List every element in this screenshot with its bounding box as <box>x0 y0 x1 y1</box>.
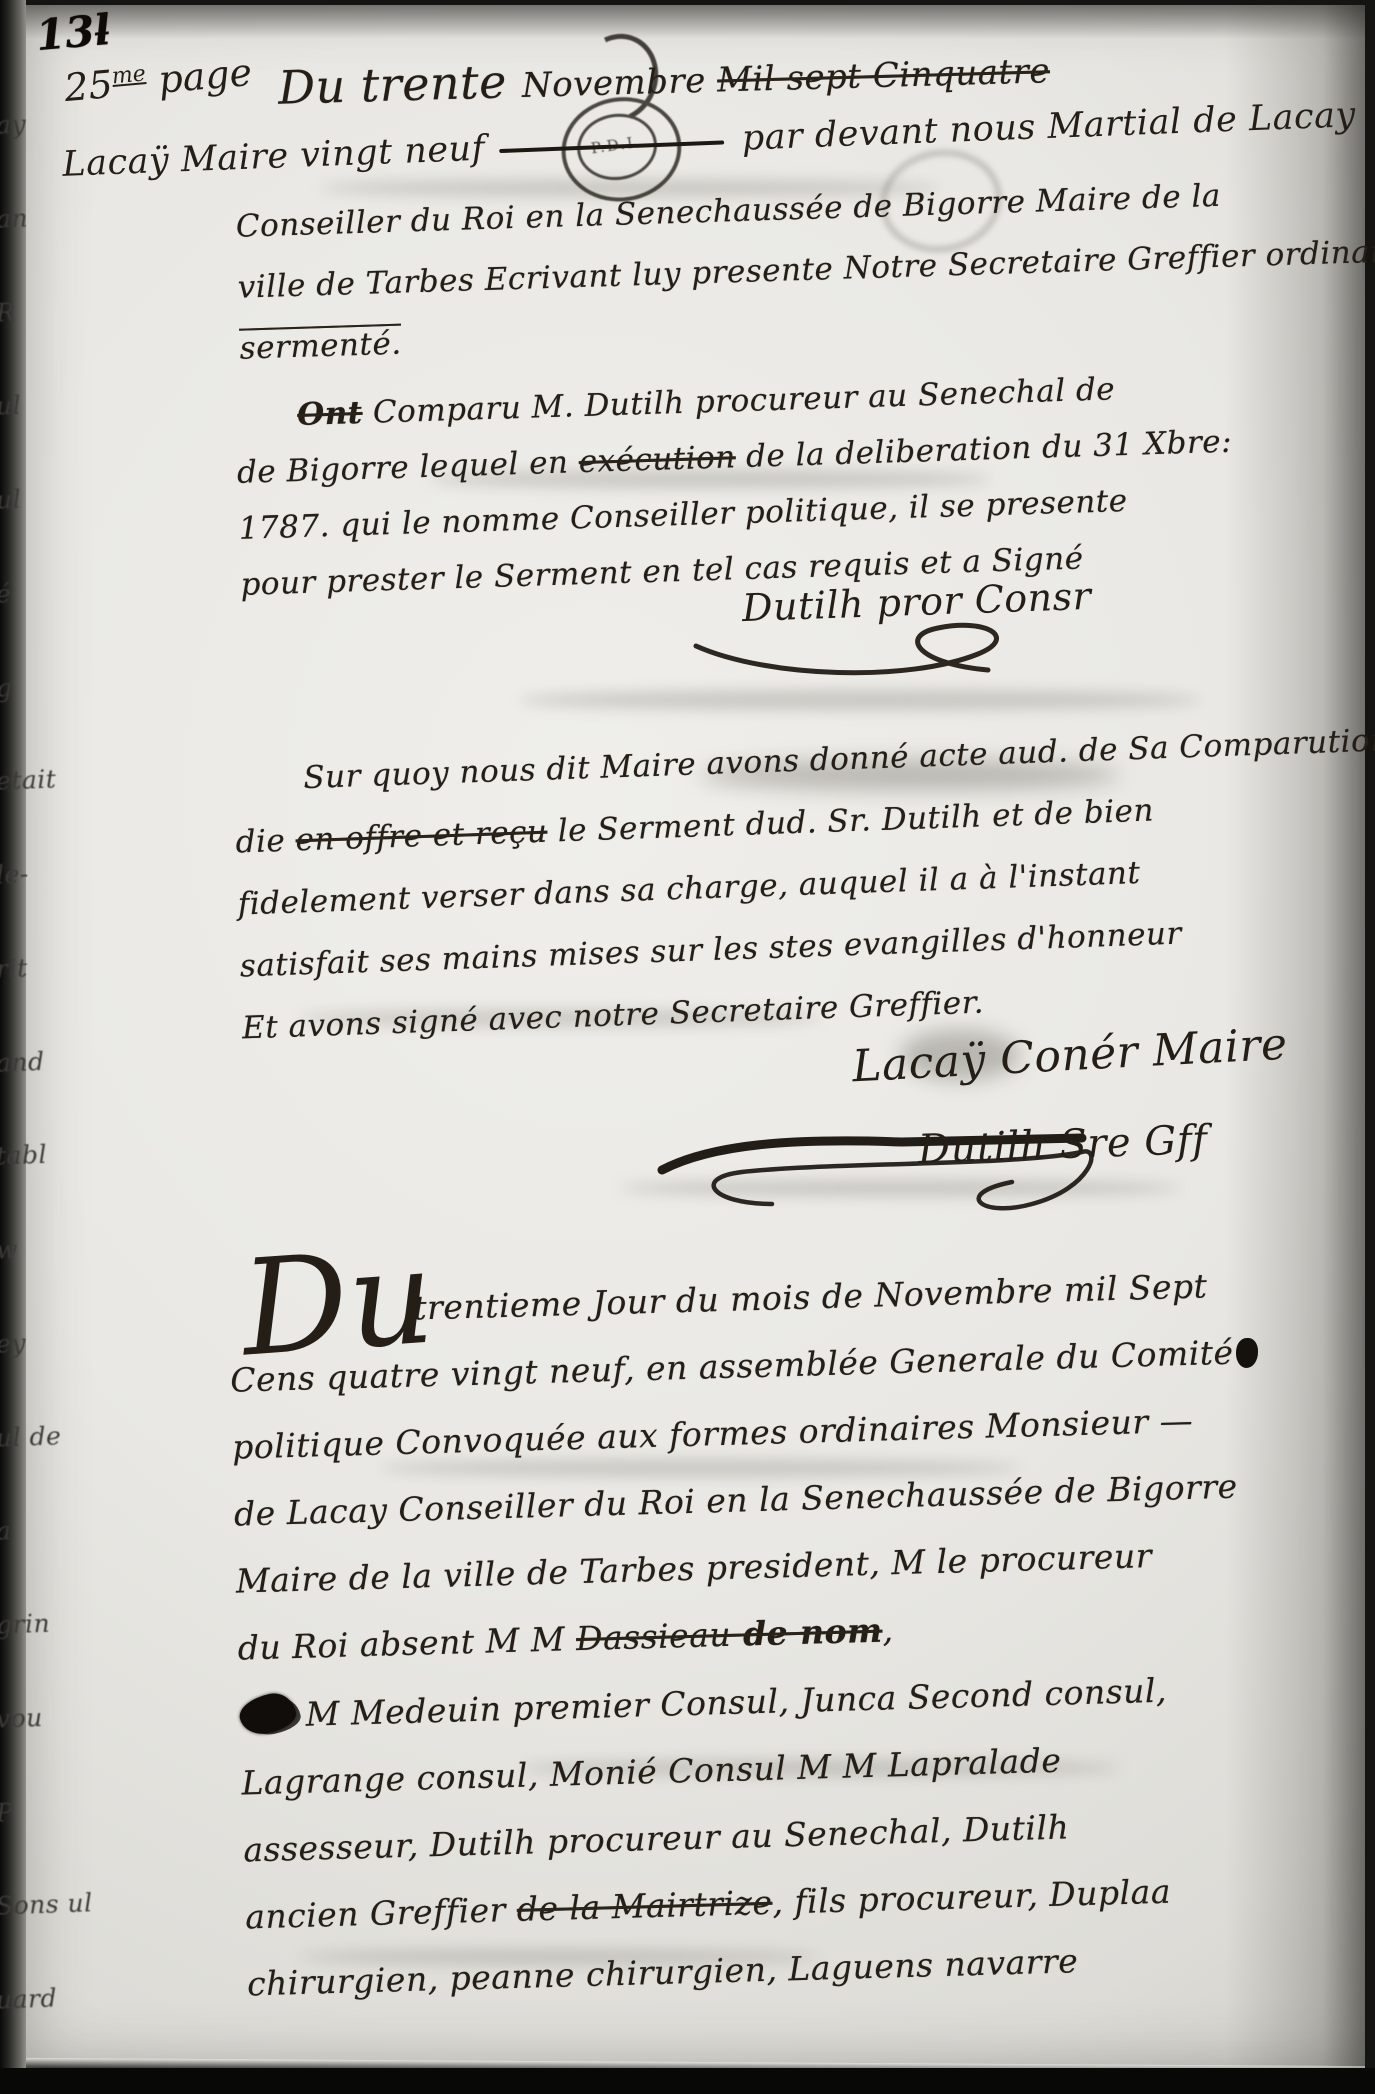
manuscript-text-segment: du Roi absent M M <box>237 1619 576 1667</box>
manuscript-text-segment: chirurgien, peanne chirurgien, Laguens n… <box>247 1941 1079 2003</box>
signature-flourish <box>688 612 1028 702</box>
page-label-ordinal: me <box>111 61 147 89</box>
manuscript-text-segment: satisfait ses mains mises sur les stes e… <box>239 916 1182 985</box>
binding-fragment: ey <box>0 1328 30 1358</box>
entry1-serment-paragraph: Sur quoy nous dit Maire avons donné acte… <box>233 734 1073 1073</box>
binding-fragment: vou <box>0 1703 30 1733</box>
manuscript-scan: ayanRululégetaitle-ritandtablweyul deagr… <box>0 0 1375 2094</box>
manuscript-text-segment: Ont <box>297 395 363 433</box>
binding-fragment: rit <box>0 953 30 983</box>
manuscript-text-segment: M Medeuin premier Consul, Junca Second c… <box>305 1671 1167 1734</box>
manuscript-text-segment: , <box>882 1610 894 1649</box>
manuscript-line: M Medeuin premier Consul, Junca Second c… <box>239 1672 1070 1735</box>
scan-bottom-edge <box>0 2068 1375 2094</box>
binding-fragment: ul de <box>0 1422 30 1452</box>
manuscript-line: assesseur, Dutilh procureur au Senechal,… <box>243 1807 1074 1869</box>
folio-number: 13ƚ <box>34 5 112 60</box>
manuscript-line: Lagrange consul, Monié Consul M M Lapral… <box>241 1740 1072 1802</box>
binding-fragment: é <box>0 578 30 608</box>
ink-blot <box>236 1690 298 1738</box>
manuscript-line: Maire de la ville de Tarbes president, M… <box>235 1538 1066 1600</box>
page-label-number: 25 <box>62 62 114 110</box>
manuscript-text-segment: Novembre <box>521 61 717 106</box>
binding-fragment: and <box>0 1047 30 1077</box>
manuscript-text-segment: Mil sept Cinquatre <box>717 51 1051 100</box>
manuscript-text-segment: assesseur, Dutilh procureur au Senechal,… <box>243 1807 1070 1869</box>
binding-fragment: an <box>0 203 30 233</box>
manuscript-text-segment: Et avons signé avec notre Secretaire Gre… <box>241 985 984 1047</box>
manuscript-text-segment: sermenté. <box>239 326 402 367</box>
binding-fragments: ayanRululégetaitle-ritandtablweyul deagr… <box>0 110 30 2014</box>
manuscript-text-segment: Dassieau <box>576 1615 732 1658</box>
manuscript-text-segment: 1787. qui le nomme Conseiller politique,… <box>238 483 1128 547</box>
manuscript-line: de Bigorre lequel en exécution de la del… <box>236 429 1057 491</box>
manuscript-text-segment: Maire de la ville de Tarbes president, M… <box>235 1536 1152 1601</box>
manuscript-line: chirurgien, peanne chirurgien, Laguens n… <box>247 1941 1078 2003</box>
manuscript-text-segment: le Serment dud. Sr. Dutilh et de bien <box>547 792 1155 849</box>
binding-fragment: Sons ul <box>0 1891 30 1921</box>
manuscript-line: de Lacay Conseiller du Roi en la Senecha… <box>233 1471 1064 1533</box>
binding-fragment: ul <box>0 391 30 421</box>
binding-fragment: le- <box>0 859 30 889</box>
entry2-assembly-paragraph: trentieme Jour du mois de Novembre mil S… <box>228 1271 1078 2032</box>
manuscript-text-segment: ancien Greffier <box>245 1890 518 1937</box>
binding-fragment: R <box>0 297 30 327</box>
binding-fragment: tabl <box>0 1141 30 1171</box>
entry1-preamble: Conseiller du Roi en la Senechaussée de … <box>235 183 1050 391</box>
manuscript-text-segment: die <box>235 822 296 860</box>
manuscript-line: ville de Tarbes Ecrivant luy presente No… <box>237 244 1048 305</box>
page-label-word: page <box>156 50 253 102</box>
binding-fragment: ay <box>0 109 30 139</box>
manuscript-text-segment: politique Convoquée aux formes ordinaire… <box>232 1401 1194 1467</box>
manuscript-text-segment: fidelement verser dans sa charge, auquel… <box>237 855 1141 922</box>
manuscript-line: politique Convoquée aux formes ordinaire… <box>232 1405 1063 1467</box>
manuscript-line: fidelement verser dans sa charge, auquel… <box>237 858 1068 923</box>
binding-fragment: uard <box>0 1984 30 2014</box>
binding-fragment: w <box>0 1234 30 1264</box>
margin-dash-rule <box>499 140 724 153</box>
manuscript-line: Cens quatre vingt neuf, en assemblée Gen… <box>230 1338 1061 1400</box>
page-top-shadow <box>26 5 1365 39</box>
manuscript-text-segment: exécution <box>578 439 736 480</box>
manuscript-line: satisfait ses mains mises sur les stes e… <box>239 919 1070 984</box>
binding-fragment: etait <box>0 766 30 796</box>
manuscript-text-segment: Lagrange consul, Monié Consul M M Lapral… <box>241 1741 1062 1803</box>
manuscript-line: du Roi absent M M Dassieau de nom, <box>237 1605 1068 1667</box>
binding-fragment: grin <box>0 1609 30 1639</box>
manuscript-line: sermenté. <box>239 305 1050 366</box>
manuscript-line: die en offre et reçu le Serment dud. Sr.… <box>235 796 1066 861</box>
binding-fragment: g <box>0 672 30 702</box>
manuscript-text-segment: de Bigorre lequel en <box>236 444 579 491</box>
manuscript-text-segment: Du trente <box>277 54 522 115</box>
manuscript-text-segment: de la Mairtrize <box>516 1883 773 1929</box>
manuscript-text-segment: en offre et reçu <box>295 814 548 859</box>
binding-fragment: ul <box>0 484 30 514</box>
binding-fragment: a <box>0 1516 30 1546</box>
manuscript-text-segment: de nom <box>730 1611 882 1654</box>
manuscript-line: ancien Greffier de la Mairtrize, fils pr… <box>245 1874 1076 1936</box>
binding-fragment: P <box>0 1797 30 1827</box>
manuscript-line: 1787. qui le nomme Conseiller politique,… <box>238 485 1059 547</box>
